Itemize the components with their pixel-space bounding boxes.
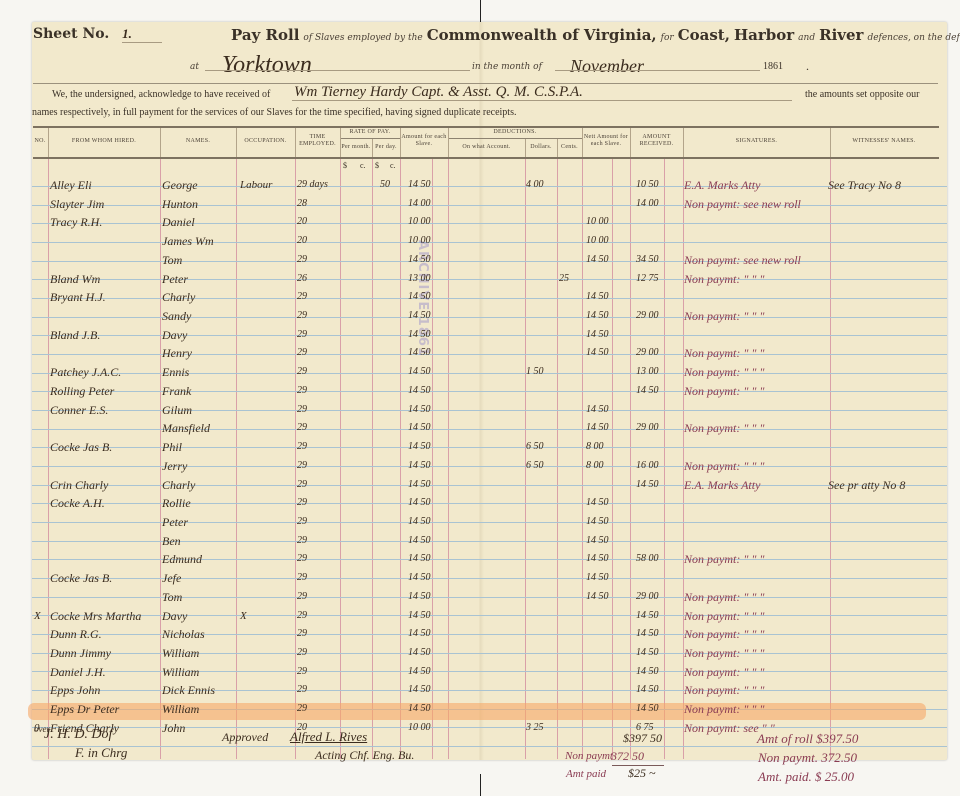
amount-cell: 14 50 (408, 683, 431, 697)
amount-cell: 14 50 (408, 646, 431, 660)
deduction-dollars-cell: 1 50 (526, 365, 544, 379)
col-header-dollars: Dollars. (525, 144, 557, 151)
col-header-amount-received: AMOUNT RECEIVED. (630, 134, 683, 148)
time-employed-cell: 29 (297, 328, 307, 342)
amount-cell: 14 50 (408, 665, 431, 679)
col-header-amount-each: Amount for each Slave. (400, 134, 448, 148)
amount-cell: 13 00 (408, 272, 431, 286)
table-row: XCocke Mrs MarthaDavyX2914 5014 50Non pa… (32, 607, 947, 626)
amount-cell: 14 50 (408, 459, 431, 473)
amount-cell: 14 50 (408, 384, 431, 398)
time-employed-cell: 28 (297, 197, 307, 211)
amount-cell: 10 00 (408, 215, 431, 229)
col-header-signatures: SIGNATURES. (683, 138, 830, 145)
time-employed-cell: 29 (297, 365, 307, 379)
table-row: Dunn JimmyWilliam2914 5014 50Non paymt: … (32, 644, 947, 663)
signature-cell: Non paymt: " " " (684, 365, 764, 379)
col-header-names: NAMES. (160, 138, 236, 145)
signature-cell: Non paymt: " " " (684, 683, 764, 697)
time-employed-cell: 20 (297, 215, 307, 229)
time-employed-cell: 29 (297, 534, 307, 548)
signature-cell: Non paymt: see new roll (684, 253, 801, 267)
signature-cell: Non paymt: " " " (684, 609, 764, 623)
slave-name-cell: Jefe (162, 571, 181, 585)
amount-cell: 14 50 (408, 571, 431, 585)
owner-cell: Daniel J.H. (50, 665, 106, 679)
amount-cell: 14 50 (408, 496, 431, 510)
deduction-dollars-cell: 6 50 (526, 459, 544, 473)
table-row: Dunn R.G.Nicholas2914 5014 50Non paymt: … (32, 625, 947, 644)
acknowledgement-line-2: names respectively, in full payment for … (32, 107, 516, 118)
amount-received-cell: 14 50 (636, 384, 659, 398)
time-employed-cell: 29 (297, 290, 307, 304)
slave-name-cell: James Wm (162, 234, 214, 248)
col-rule (683, 128, 684, 157)
table-row: Epps Dr PeterWilliam2914 5014 50Non paym… (32, 700, 947, 719)
amount-cell: 14 50 (408, 590, 431, 604)
table-row: Tom2914 5014 5034 50Non paymt: see new r… (32, 251, 947, 270)
signature-cell: Non paymt: " " " (684, 665, 764, 679)
nett-amount-cell: 14 50 (586, 496, 609, 510)
col-rule (295, 128, 296, 157)
slave-name-cell: William (162, 702, 199, 716)
owner-cell: Cocke Mrs Martha (50, 609, 141, 623)
document-title: Pay Roll of Slaves employed by the Commo… (231, 26, 960, 45)
occupation-cell: Labour (240, 178, 272, 192)
per-day-cell: 50 (380, 178, 390, 192)
col-header-from-whom-hired: FROM WHOM HIRED. (48, 138, 160, 145)
col-rule (557, 139, 558, 157)
amount-received-cell: 14 50 (636, 683, 659, 697)
time-employed-cell: 29 (297, 478, 307, 492)
amount-cell: 14 50 (408, 403, 431, 417)
signature-cell: Non paymt: " " " (684, 459, 764, 473)
table-row: Cocke Jas B.Phil2914 506 508 00 (32, 438, 947, 457)
slave-name-cell: Davy (162, 328, 187, 342)
left-signature-line-2: F. in Chrg (75, 745, 127, 761)
time-employed-cell: 29 (297, 590, 307, 604)
time-employed-cell: 29 (297, 384, 307, 398)
table-row: Tom2914 5014 5029 00Non paymt: " " " (32, 588, 947, 607)
title-for: for (661, 33, 674, 43)
owner-cell: Tracy R.H. (50, 215, 102, 229)
slave-name-cell: Tom (162, 253, 182, 267)
amount-paid-label: Amt paid (566, 768, 606, 780)
col-header-occupation: OCCUPATION. (236, 138, 295, 145)
amount-received-cell: 34 50 (636, 253, 659, 267)
table-row: Crin CharlyCharly2914 5014 50E.A. Marks … (32, 476, 947, 495)
table-row: Ben2914 5014 50 (32, 532, 947, 551)
amount-received-cell: 13 00 (636, 365, 659, 379)
table-row: Bland WmPeter2613 002512 75Non paymt: " … (32, 270, 947, 289)
amount-received-cell: 58 00 (636, 552, 659, 566)
table-row: Patchey J.A.C.Ennis2914 501 5013 00Non p… (32, 363, 947, 382)
time-employed-cell: 29 (297, 702, 307, 716)
signature-cell: Non paymt: " " " (684, 552, 764, 566)
owner-cell: Dunn R.G. (50, 627, 102, 641)
slave-name-cell: Jerry (162, 459, 187, 473)
witness-cell: See pr atty No 8 (828, 478, 905, 492)
col-rule (236, 128, 237, 157)
slave-name-cell: Hunton (162, 197, 198, 211)
slave-name-cell: Ben (162, 534, 181, 548)
slave-name-cell: Peter (162, 515, 188, 529)
time-employed-cell: 29 (297, 496, 307, 510)
sheet-number-label: Sheet No. 1. (33, 26, 132, 42)
signature-cell: Non paymt: see new roll (684, 197, 801, 211)
slave-name-cell: Dick Ennis (162, 683, 215, 697)
owner-cell: Bryant H.J. (50, 290, 106, 304)
time-employed-cell: 29 (297, 440, 307, 454)
signature-cell: Non paymt: " " " (684, 272, 764, 286)
owner-cell: Bland J.B. (50, 328, 100, 342)
nett-amount-cell: 14 50 (586, 253, 609, 267)
table-row: Daniel J.H.William2914 5014 50Non paymt:… (32, 663, 947, 682)
nett-amount-cell: 14 50 (586, 590, 609, 604)
summary-non-payment: Non paymt. 372.50 (758, 750, 857, 766)
slave-name-cell: George (162, 178, 198, 192)
month-field: November (570, 56, 644, 77)
table-row: Bryant H.J.Charly2914 5014 50 (32, 288, 947, 307)
amount-cell: 14 50 (408, 515, 431, 529)
approved-label: Approved (222, 730, 268, 745)
amount-cell: 14 50 (408, 627, 431, 641)
amount-received-cell: 14 50 (636, 665, 659, 679)
col-header-deductions: DEDUCTIONS. (448, 129, 582, 136)
time-employed-cell: 29 (297, 403, 307, 417)
amount-received-cell: 10 50 (636, 178, 659, 192)
amount-cell: 14 50 (408, 365, 431, 379)
scan-crop-mark-top (480, 0, 481, 22)
per-day-dollar-sign: $ (375, 161, 379, 170)
year-period: . (806, 59, 809, 74)
header-top-rule (33, 126, 939, 128)
amount-received-cell: 29 00 (636, 421, 659, 435)
sheet-number-underline (122, 42, 162, 43)
col-rule (372, 139, 373, 157)
slave-name-cell: Tom (162, 590, 182, 604)
col-header-rate-of-pay: RATE OF PAY. (340, 129, 400, 136)
signature-cell: Non paymt: " " " (684, 346, 764, 360)
amount-cell: 14 50 (408, 346, 431, 360)
col-rule (630, 128, 631, 157)
witness-cell: See Tracy No 8 (828, 178, 901, 192)
owner-cell: Epps John (50, 683, 100, 697)
owner-cell: Epps Dr Peter (50, 702, 119, 716)
time-employed-cell: 29 (297, 346, 307, 360)
signature-cell: Non paymt: " " " (684, 421, 764, 435)
scan-crop-mark-bottom (480, 774, 481, 796)
amount-cell: 14 50 (408, 421, 431, 435)
acknowledgement-prefix: We, the undersigned, acknowledge to have… (52, 89, 270, 100)
nett-amount-cell: 14 50 (586, 309, 609, 323)
time-employed-cell: 29 (297, 253, 307, 267)
approver-title: Acting Chf. Eng. Bu. (315, 748, 414, 763)
title-coast: Coast, (678, 26, 730, 44)
owner-cell: Slayter Jim (50, 197, 104, 211)
time-employed-cell: 29 (297, 552, 307, 566)
nett-amount-cell: 10 00 (586, 215, 609, 229)
col-header-cents: Cents. (557, 144, 582, 151)
time-employed-cell: 29 (297, 515, 307, 529)
amount-cell: 14 50 (408, 609, 431, 623)
summary-amount-of-roll: Amt of roll $397.50 (757, 731, 858, 747)
table-row: James Wm2010 0010 00 (32, 232, 947, 251)
time-employed-cell: 29 (297, 309, 307, 323)
slave-name-cell: Frank (162, 384, 191, 398)
total-amount: $397 50 (623, 731, 662, 746)
amount-received-cell: 29 00 (636, 590, 659, 604)
signature-cell: E.A. Marks Atty (684, 178, 760, 192)
deductions-rule (448, 138, 582, 139)
per-day-cents-sign: c. (390, 161, 396, 170)
row-mark: X (34, 609, 41, 623)
title-pay-roll: Pay Roll (231, 26, 299, 44)
slave-name-cell: Ennis (162, 365, 189, 379)
signature-cell: Non paymt: " " " (684, 590, 764, 604)
amount-cell: 14 50 (408, 702, 431, 716)
col-rule (400, 128, 401, 157)
col-header-no: No. (32, 138, 48, 145)
signature-cell: Non paymt: " " " (684, 309, 764, 323)
slave-name-cell: Davy (162, 609, 187, 623)
amount-cell: 14 50 (408, 534, 431, 548)
col-header-per-day: Per day. (372, 144, 400, 151)
owner-cell: Crin Charly (50, 478, 108, 492)
nett-amount-cell: 14 50 (586, 534, 609, 548)
nett-amount-cell: 8 00 (586, 459, 604, 473)
amount-cell: 14 50 (408, 309, 431, 323)
signature-cell: Non paymt: " " " (684, 384, 764, 398)
amount-received-cell: 29 00 (636, 309, 659, 323)
amount-received-cell: 14 00 (636, 197, 659, 211)
table-row: Tracy R.H.Daniel2010 0010 00 (32, 213, 947, 232)
time-employed-cell: 29 (297, 421, 307, 435)
amount-received-cell: 14 50 (636, 646, 659, 660)
col-rule (340, 128, 341, 157)
acknowledgement-suffix: the amounts set opposite our (805, 89, 919, 100)
amount-received-cell: 14 50 (636, 702, 659, 716)
slave-name-cell: Nicholas (162, 627, 205, 641)
table-row: Rolling PeterFrank2914 5014 50Non paymt:… (32, 382, 947, 401)
owner-cell: Cocke Jas B. (50, 571, 112, 585)
slave-name-cell: Mansfield (162, 421, 210, 435)
table-row: Epps JohnDick Ennis2914 5014 50Non paymt… (32, 681, 947, 700)
col-rule (525, 139, 526, 157)
slave-name-cell: Phil (162, 440, 182, 454)
amount-cell: 14 50 (408, 253, 431, 267)
nett-amount-cell: 10 00 (586, 234, 609, 248)
title-of-slaves: of Slaves employed by the (303, 33, 422, 43)
header-bottom-rule (33, 157, 939, 159)
time-employed-cell: 29 days (297, 178, 328, 192)
owner-cell: Rolling Peter (50, 384, 114, 398)
slave-name-cell: William (162, 646, 199, 660)
sheet-label: Sheet No. (33, 26, 109, 42)
approver-name: Alfred L. Rives (290, 729, 367, 745)
month-label: in the month of (472, 62, 542, 72)
table-row: Peter2914 5014 50 (32, 513, 947, 532)
location-field: Yorktown (222, 52, 312, 79)
table-row: Mansfield2914 5014 5029 00Non paymt: " "… (32, 419, 947, 438)
amount-cell: 14 50 (408, 440, 431, 454)
deduction-dollars-cell: 4 00 (526, 178, 544, 192)
amount-received-cell: 14 50 (636, 478, 659, 492)
col-header-time-employed: TIME EMPLOYED. (295, 134, 340, 148)
payer-underline (292, 100, 792, 101)
sheet-number: 1. (122, 26, 132, 41)
amount-paid-amount: $25 ~ (628, 766, 656, 781)
time-employed-cell: 29 (297, 683, 307, 697)
month-underline (555, 70, 760, 71)
payer-field: Wm Tierney Hardy Capt. & Asst. Q. M. C.S… (294, 84, 583, 101)
summary-amount-paid: Amt. paid. $ 25.00 (758, 769, 854, 785)
at-label: at (190, 62, 199, 72)
nett-amount-cell: 14 50 (586, 552, 609, 566)
left-signature-line-1: J. H. D. Dof (44, 727, 112, 743)
nett-amount-cell: 14 50 (586, 328, 609, 342)
amount-cell: 14 50 (408, 552, 431, 566)
location-underline (205, 70, 470, 71)
title-harbor: Harbor (734, 26, 794, 44)
non-payment-label: Non paymt (565, 750, 613, 762)
signature-cell: Non paymt: " " " (684, 627, 764, 641)
nett-amount-cell: 14 50 (586, 571, 609, 585)
time-employed-cell: 29 (297, 459, 307, 473)
amount-cell: 14 50 (408, 328, 431, 342)
time-employed-cell: 29 (297, 627, 307, 641)
col-header-nett-amount: Nett Amount for each Slave. (582, 134, 630, 148)
nett-amount-cell: 14 50 (586, 515, 609, 529)
amount-received-cell: 16 00 (636, 459, 659, 473)
nett-amount-cell: 14 50 (586, 346, 609, 360)
title-river: River (819, 26, 863, 44)
table-row: Cocke A.H.Rollie2914 5014 50 (32, 494, 947, 513)
amount-received-cell: 12 75 (636, 272, 659, 286)
signature-cell: Non paymt: " " " (684, 702, 764, 716)
owner-cell: Bland Wm (50, 272, 100, 286)
slave-name-cell: Daniel (162, 215, 195, 229)
amount-received-cell: 14 50 (636, 627, 659, 641)
per-month-dollar-sign: $ (343, 161, 347, 170)
amount-cell: 14 50 (408, 178, 431, 192)
table-row: Henry2914 5014 5029 00Non paymt: " " " (32, 344, 947, 363)
non-payment-amount: 372 50 (611, 749, 644, 764)
slave-name-cell: Charly (162, 290, 195, 304)
time-employed-cell: 29 (297, 646, 307, 660)
col-rule (160, 128, 161, 157)
signature-cell: E.A. Marks Atty (684, 478, 760, 492)
table-row: Bland J.B.Davy2914 5014 50 (32, 326, 947, 345)
owner-cell: Cocke A.H. (50, 496, 105, 510)
amount-cell: 14 50 (408, 290, 431, 304)
amount-received-cell: 29 00 (636, 346, 659, 360)
time-employed-cell: 29 (297, 665, 307, 679)
col-rule (48, 128, 49, 157)
table-row: Edmund2914 5014 5058 00Non paymt: " " " (32, 550, 947, 569)
table-row: Jerry2914 506 508 0016 00Non paymt: " " … (32, 457, 947, 476)
deduction-dollars-cell: 3 25 (526, 721, 544, 735)
nett-amount-cell: 14 50 (586, 290, 609, 304)
occupation-cell: X (240, 609, 247, 623)
amount-received-cell: 14 50 (636, 609, 659, 623)
slave-name-cell: Rollie (162, 496, 191, 510)
col-rule (448, 128, 449, 157)
title-and: and (798, 33, 815, 43)
time-employed-cell: 20 (297, 234, 307, 248)
signature-cell: Non paymt: " " " (684, 646, 764, 660)
owner-cell: Conner E.S. (50, 403, 108, 417)
amount-cell: 14 00 (408, 197, 431, 211)
slave-name-cell: John (162, 721, 185, 735)
nett-amount-cell: 14 50 (586, 421, 609, 435)
slave-name-cell: Henry (162, 346, 192, 360)
col-header-per-month: Per month. (340, 144, 372, 151)
owner-cell: Cocke Jas B. (50, 440, 112, 454)
rate-of-pay-rule (340, 138, 400, 139)
table-row: Cocke Jas B.Jefe2914 5014 50 (32, 569, 947, 588)
amount-cell: 10 00 (408, 721, 431, 735)
table-row: Slayter JimHunton2814 0014 00Non paymt: … (32, 195, 947, 214)
deduction-dollars-cell: 6 50 (526, 440, 544, 454)
slave-name-cell: Sandy (162, 309, 191, 323)
time-employed-cell: 29 (297, 609, 307, 623)
title-defences: defences, on the defensive works (867, 33, 960, 43)
slave-name-cell: Peter (162, 272, 188, 286)
time-employed-cell: 26 (297, 272, 307, 286)
slave-name-cell: Charly (162, 478, 195, 492)
slave-name-cell: Edmund (162, 552, 202, 566)
col-header-on-what-account: On what Account. (448, 144, 525, 151)
title-commonwealth: Commonwealth of Virginia, (427, 26, 657, 44)
col-rule (830, 128, 831, 157)
table-row: Sandy2914 5014 5029 00Non paymt: " " " (32, 307, 947, 326)
owner-cell: Patchey J.A.C. (50, 365, 121, 379)
slave-name-cell: Gilum (162, 403, 192, 417)
deduction-cents-cell: 25 (559, 272, 569, 286)
amount-cell: 10 00 (408, 234, 431, 248)
slave-name-cell: William (162, 665, 199, 679)
amount-cell: 14 50 (408, 478, 431, 492)
time-employed-cell: 29 (297, 571, 307, 585)
nett-amount-cell: 8 00 (586, 440, 604, 454)
year: 1861 (763, 61, 783, 72)
per-month-cents-sign: c. (360, 161, 366, 170)
owner-cell: Alley Eli (50, 178, 92, 192)
col-header-witnesses: WITNESSES' NAMES. (830, 138, 938, 145)
nett-amount-cell: 14 50 (586, 403, 609, 417)
table-row: Alley EliGeorgeLabour29 days5014 504 001… (32, 176, 947, 195)
owner-cell: Dunn Jimmy (50, 646, 111, 660)
col-rule (582, 128, 583, 157)
table-row: Conner E.S.Gilum2914 5014 50 (32, 401, 947, 420)
